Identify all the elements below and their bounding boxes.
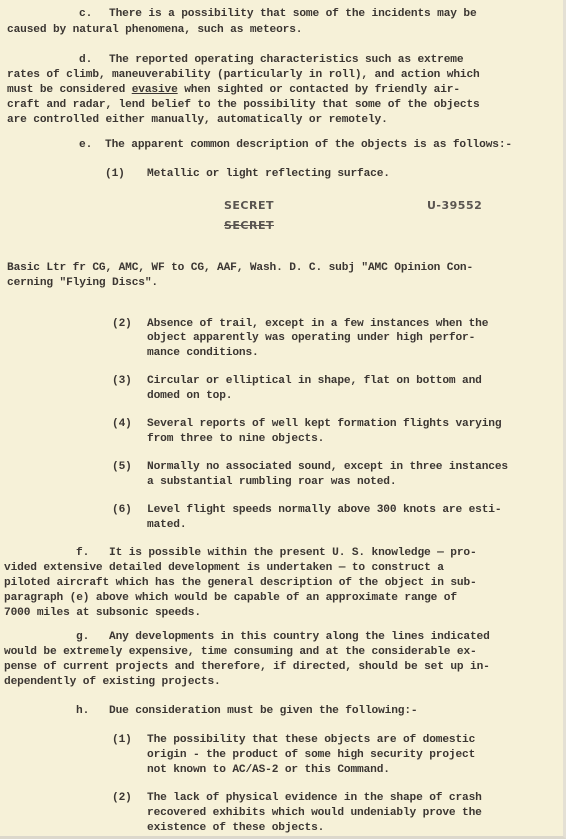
para-f-line: It is possible within the present U. S. … [109,546,477,560]
item-text: from three to nine objects. [147,432,324,446]
item-number: (1) [105,167,125,181]
item-number: (3) [112,374,132,388]
para-g-line: pense of current projects and therefore,… [4,660,490,674]
para-d-text: when sighted or contacted by friendly ai… [178,84,460,96]
item-text: mance conditions. [147,346,259,360]
item-text: existence of these objects. [147,821,324,835]
para-f-line: vided extensive detailed development is … [4,561,444,575]
document-number: U-39552 [427,199,482,212]
item-text: Absence of trail, except in a few instan… [147,317,488,331]
item-number: (6) [112,503,132,517]
item-number: (2) [112,791,132,805]
para-d-line: rates of climb, maneuverability (particu… [7,68,480,82]
para-d-line: craft and radar, lend belief to the poss… [7,98,480,112]
para-f-line: 7000 miles at subsonic speeds. [4,606,201,620]
reference-line: Basic Ltr fr CG, AMC, WF to CG, AAF, Was… [7,261,473,275]
para-e-text: The apparent common description of the o… [105,138,512,152]
para-e-label: e. [79,138,92,152]
secret-stamp-struck: SECRET [224,219,274,232]
item-text: The lack of physical evidence in the sha… [147,791,482,805]
para-d-line: The reported operating characteristics s… [109,53,463,67]
para-c-line: There is a possibility that some of the … [109,7,477,21]
reference-line: cerning "Flying Discs". [7,276,158,290]
item-text: mated. [147,518,186,532]
para-h-text: Due consideration must be given the foll… [109,704,418,718]
para-f-line: paragraph (e) above which would be capab… [4,591,457,605]
para-g-line: dependently of existing projects. [4,675,221,689]
para-c-label: c. [79,7,92,21]
item-text: Several reports of well kept formation f… [147,417,501,431]
para-g-line: Any developments in this country along t… [109,630,490,644]
item-text: The possibility that these objects are o… [147,733,475,747]
para-g-line: would be extremely expensive, time consu… [4,645,477,659]
item-text: a substantial rumbling roar was noted. [147,475,396,489]
item-text: recovered exhibits which would undeniabl… [147,806,482,820]
item-number: (1) [112,733,132,747]
item-text: Circular or elliptical in shape, flat on… [147,374,482,388]
para-g-label: g. [76,630,89,644]
para-d-label: d. [79,53,92,67]
para-h-label: h. [76,704,89,718]
item-text: Normally no associated sound, except in … [147,460,508,474]
para-d-line: are controlled either manually, automati… [7,113,388,127]
para-f-line: piloted aircraft which has the general d… [4,576,477,590]
item-text: origin - the product of some high securi… [147,748,475,762]
para-f-label: f. [76,546,89,560]
item-text: not known to AC/AS-2 or this Command. [147,763,390,777]
item-text: object apparently was operating under hi… [147,331,475,345]
document-page: c. There is a possibility that some of t… [0,0,566,839]
item-number: (4) [112,417,132,431]
para-d-text: must be considered [7,84,132,96]
secret-stamp: SECRET [224,199,274,212]
item-text: domed on top. [147,389,232,403]
item-text: Metallic or light reflecting surface. [147,167,390,181]
para-d-line: must be considered evasive when sighted … [7,83,460,97]
item-number: (2) [112,317,132,331]
para-c-line: caused by natural phenomena, such as met… [7,23,302,37]
item-number: (5) [112,460,132,474]
underlined-word: evasive [132,84,178,96]
item-text: Level flight speeds normally above 300 k… [147,503,501,517]
